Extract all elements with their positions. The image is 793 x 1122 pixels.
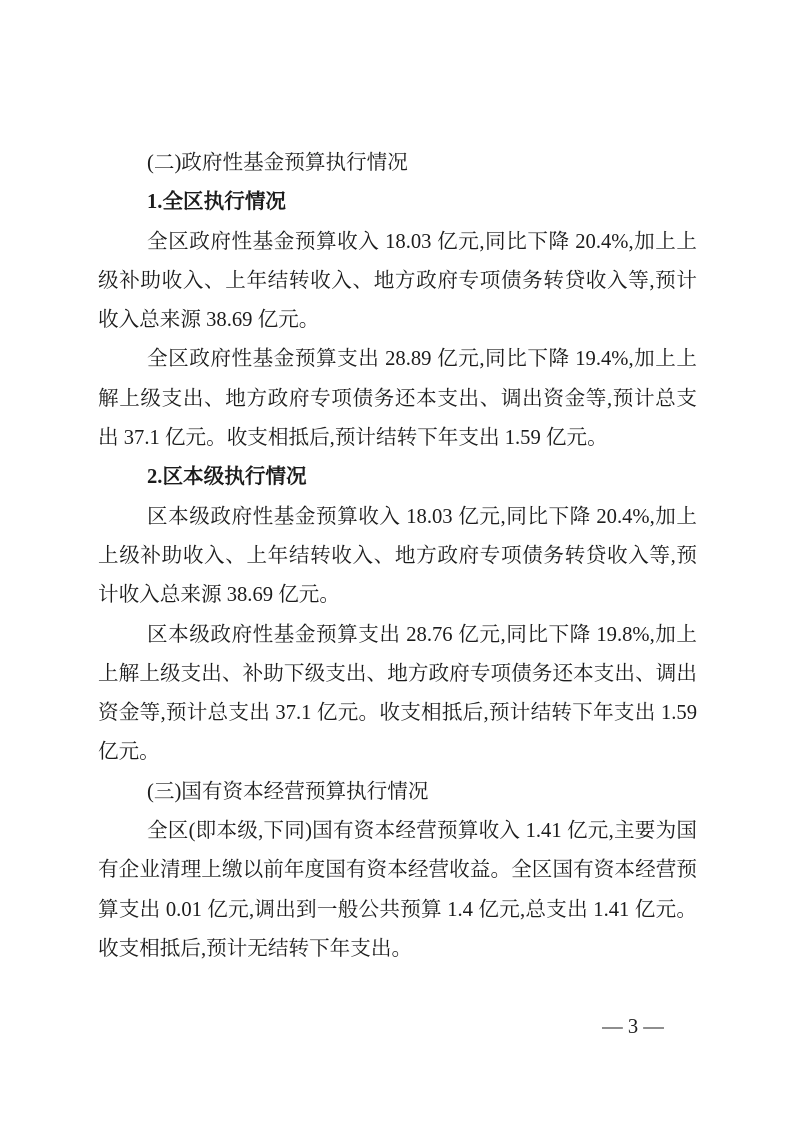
page-number: — 3 — (592, 1015, 674, 1039)
subsection-heading-district-level: 2.区本级执行情况 (98, 458, 697, 497)
section-heading-state-capital: (三)国有资本经营预算执行情况 (98, 773, 697, 812)
body-paragraph-district-fund-revenue: 全区政府性基金预算收入 18.03 亿元,同比下降 20.4%,加上上级补助收入… (98, 223, 697, 341)
subsection-heading-district-wide: 1.全区执行情况 (98, 183, 697, 222)
document-page: (二)政府性基金预算执行情况 1.全区执行情况 全区政府性基金预算收入 18.0… (0, 0, 793, 1122)
document-body: (二)政府性基金预算执行情况 1.全区执行情况 全区政府性基金预算收入 18.0… (98, 144, 697, 969)
body-paragraph-state-capital-budget: 全区(即本级,下同)国有资本经营预算收入 1.41 亿元,主要为国有企业清理上缴… (98, 812, 697, 969)
body-paragraph-level-fund-expenditure: 区本级政府性基金预算支出 28.76 亿元,同比下降 19.8%,加上上解上级支… (98, 616, 697, 773)
body-paragraph-district-fund-expenditure: 全区政府性基金预算支出 28.89 亿元,同比下降 19.4%,加上上解上级支出… (98, 340, 697, 458)
body-paragraph-level-fund-revenue: 区本级政府性基金预算收入 18.03 亿元,同比下降 20.4%,加上上级补助收… (98, 498, 697, 616)
section-heading-government-funds: (二)政府性基金预算执行情况 (98, 144, 697, 183)
